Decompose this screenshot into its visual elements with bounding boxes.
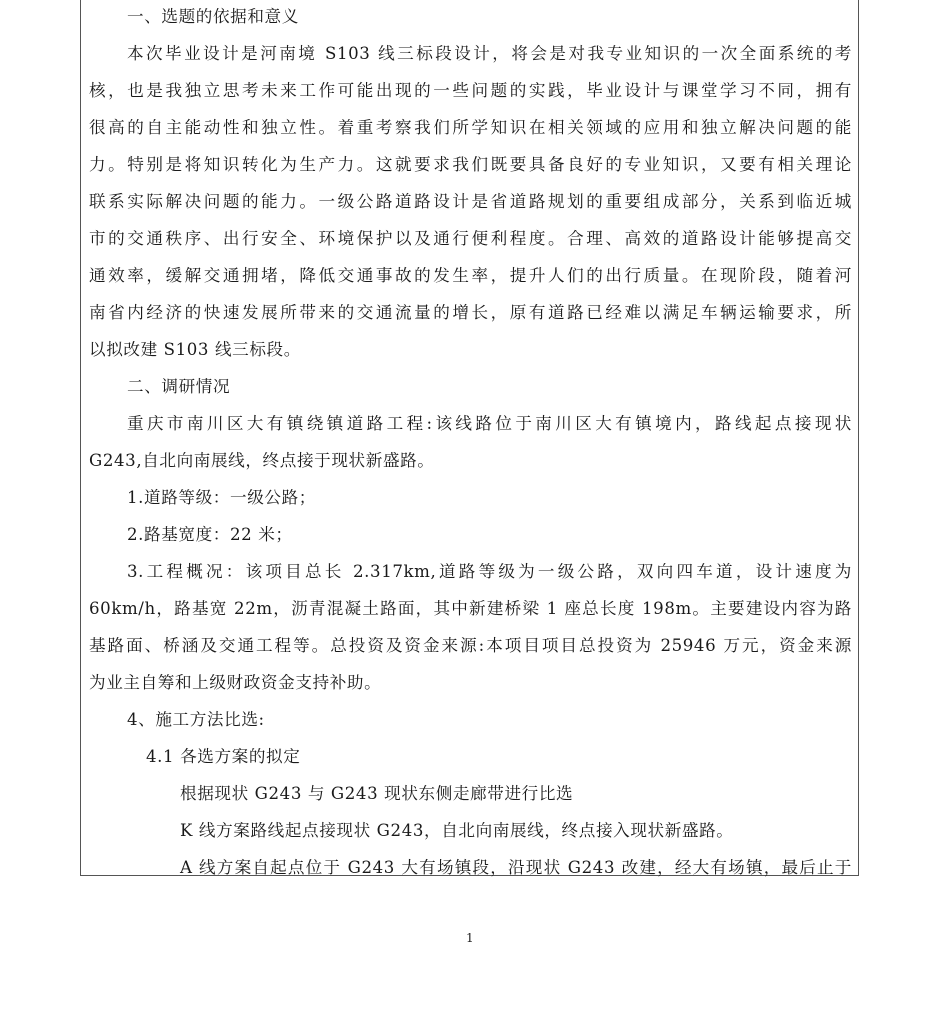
paragraph-line: 通效率，缓解交通拥堵，降低交通事故的发生率，提升人们的出行质量。在现阶段，随着河 bbox=[89, 257, 852, 294]
paragraph-line: 根据现状 G243 与 G243 现状东侧走廊带进行比选 bbox=[180, 775, 573, 812]
paragraph-line: 60km/h，路基宽 22m，沥青混凝土路面，其中新建桥梁 1 座总长度 198… bbox=[89, 590, 852, 627]
paragraph-line: 联系实际解决问题的能力。一级公路道路设计是省道路规划的重要组成部分，关系到临近城 bbox=[89, 183, 852, 220]
paragraph-line: 以拟改建 S103 线三标段。 bbox=[89, 331, 301, 368]
paragraph-line: 南省内经济的快速发展所带来的交通流量的增长，原有道路已经难以满足车辆运输要求，所 bbox=[89, 294, 852, 331]
list-item-subgrade-width: 2.路基宽度：22 米； bbox=[127, 516, 293, 553]
paragraph-line: 重庆市南川区大有镇绕镇道路工程:该线路位于南川区大有镇境内，路线起点接现状 bbox=[127, 405, 852, 442]
paragraph-line: 力。特别是将知识转化为生产力。这就要求我们既要具备良好的专业知识，又要有相关理论 bbox=[89, 146, 852, 183]
section-heading-research: 二、调研情况 bbox=[127, 368, 230, 405]
section-heading-basis: 一、选题的依据和意义 bbox=[127, 0, 299, 35]
paragraph-line: G243,自北向南展线，终点接于现状新盛路。 bbox=[89, 442, 435, 479]
subsection-heading-alternatives: 4.1 各选方案的拟定 bbox=[146, 738, 300, 775]
subsection-heading-construction-methods: 4、施工方法比选: bbox=[127, 701, 265, 738]
page-number: 1 bbox=[466, 929, 474, 947]
list-item-road-grade: 1.道路等级：一级公路； bbox=[127, 479, 316, 516]
paragraph-line: 基路面、桥涵及交通工程等。总投资及资金来源:本项目项目总投资为 25946 万元… bbox=[89, 627, 852, 664]
paragraph-line: 本次毕业设计是河南境 S103 线三标段设计，将会是对我专业知识的一次全面系统的… bbox=[127, 35, 852, 72]
paragraph-line: 市的交通秩序、出行安全、环境保护以及通行便利程度。合理、高效的道路设计能够提高交 bbox=[89, 220, 852, 257]
paragraph-line: K 线方案路线起点接现状 G243，自北向南展线，终点接入现状新盛路。 bbox=[180, 812, 734, 849]
list-item-project-overview: 3.工程概况：该项目总长 2.317km,道路等级为一级公路，双向四车道，设计速… bbox=[127, 553, 852, 590]
paragraph-line: 核，也是我独立思考未来工作可能出现的一些问题的实践，毕业设计与课堂学习不同，拥有 bbox=[89, 72, 852, 109]
paragraph-line: 很高的自主能动性和独立性。着重考察我们所学知识在相关领域的应用和独立解决问题的能 bbox=[89, 109, 852, 146]
paragraph-line: 为业主自筹和上级财政资金支持补助。 bbox=[89, 664, 381, 701]
paragraph-line: A 线方案自起点位于 G243 大有场镇段，沿现状 G243 改建，经大有场镇，… bbox=[180, 849, 852, 886]
